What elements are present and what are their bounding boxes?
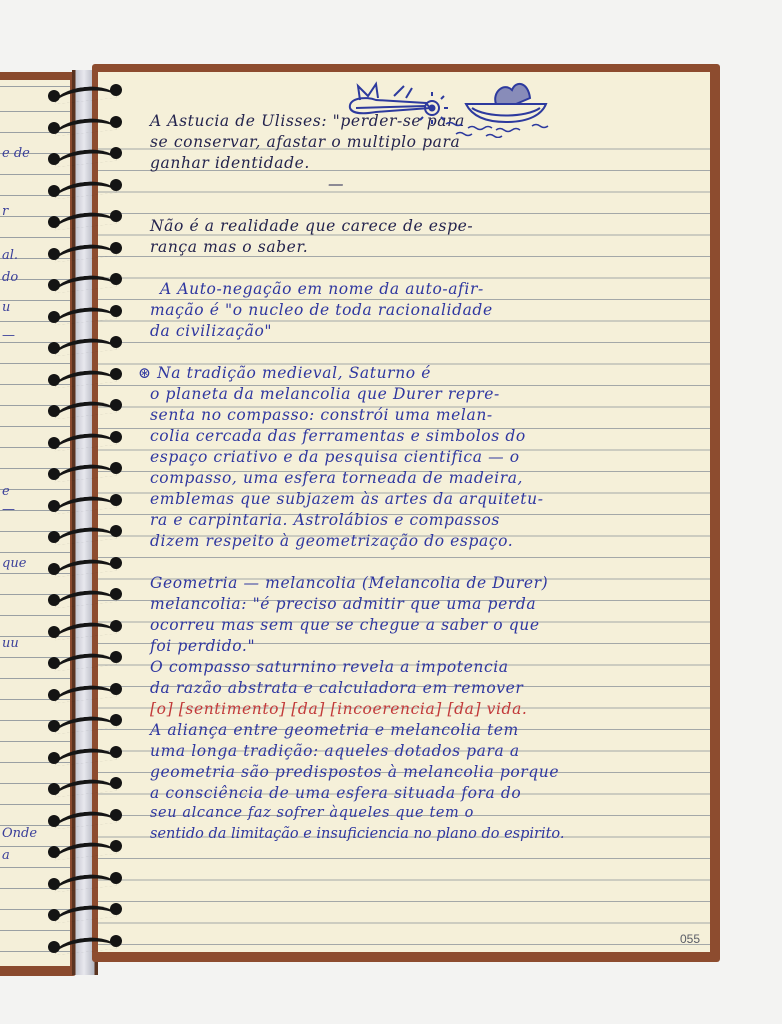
spiral-coil	[48, 116, 122, 134]
handwritten-line: rança mas o saber.	[150, 238, 308, 256]
spiral-coil	[48, 746, 122, 764]
spiral-coil	[48, 903, 122, 921]
left-page-fragment: —	[2, 328, 15, 343]
waves-icon	[446, 123, 548, 138]
spiral-coil	[48, 651, 122, 669]
spiral-coil	[48, 525, 122, 543]
notebook-page: A Astucia de Ulisses: "perder-se parase …	[98, 72, 710, 952]
handwritten-line: Geometria — melancolia (Melancolia de Du…	[150, 574, 548, 592]
spiral-coil	[48, 557, 122, 575]
spiral-coil	[48, 147, 122, 165]
left-page-fragment: u	[2, 300, 10, 315]
spiral-coil	[48, 494, 122, 512]
spiral-coil	[48, 84, 122, 102]
handwritten-line: melancolia: "é preciso admitir que uma p…	[150, 595, 536, 613]
handwritten-line: uma longa tradição: aqueles dotados para…	[150, 742, 520, 760]
handwritten-line: colia cercada das ferramentas e simbolos…	[150, 427, 526, 445]
handwritten-line: da razão abstrata e calculadora em remov…	[150, 679, 523, 697]
handwritten-line: —	[328, 175, 344, 193]
handwritten-line: espaço criativo e da pesquisa cientifica…	[150, 448, 520, 466]
left-page-fragment: r	[2, 204, 8, 219]
left-page-fragment: al.	[2, 248, 18, 263]
handwritten-line: o planeta da melancolia que Durer repre-	[150, 385, 500, 403]
handwritten-line: Não é a realidade que carece de espe-	[150, 217, 473, 235]
spiral-coil	[48, 683, 122, 701]
handwritten-line: da civilização"	[150, 322, 272, 340]
handwritten-line: senta no compasso: constrói uma melan-	[150, 406, 493, 424]
handwritten-line: sentido da limitação e insuficiencia no …	[150, 826, 565, 842]
spiral-coil	[48, 777, 122, 795]
handwritten-line: ra e carpintaria. Astrolábios e compasso…	[150, 511, 500, 529]
spiral-coil	[48, 273, 122, 291]
handwritten-line: ⊛ Na tradição medieval, Saturno é	[138, 364, 431, 382]
spiral-coil	[48, 210, 122, 228]
spiral-coil	[48, 620, 122, 638]
handwritten-line: a consciência de uma esfera situada fora…	[150, 784, 521, 802]
left-page-fragment: —	[2, 502, 15, 517]
handwritten-line: ganhar identidade.	[150, 154, 310, 172]
left-page-fragment: uu	[2, 636, 19, 651]
handwritten-line: A aliança entre geometria e melancolia t…	[150, 721, 519, 739]
comet-icon	[350, 84, 430, 113]
spiral-coil	[48, 588, 122, 606]
page-number: 055	[680, 932, 700, 946]
left-page-fragment: e de	[2, 146, 30, 161]
spiral-coil	[48, 714, 122, 732]
boat-icon	[466, 84, 546, 122]
spiral-coil	[48, 336, 122, 354]
handwritten-line: mação é "o nucleo de toda racionalidade	[150, 301, 493, 319]
spiral-coil	[48, 809, 122, 827]
spiral-coil	[48, 399, 122, 417]
handwritten-line: geometria são predispostos à melancolia …	[150, 763, 559, 781]
spiral-coil	[48, 242, 122, 260]
left-page-fragment: e	[2, 484, 10, 499]
spiral-coil	[48, 431, 122, 449]
handwritten-line: emblemas que subjazem às artes da arquit…	[150, 490, 544, 508]
left-page-fragment: Onde	[2, 826, 37, 841]
handwritten-line: foi perdido."	[150, 637, 255, 655]
doodle-sketch	[346, 78, 556, 138]
left-page-fragment: do	[2, 270, 18, 285]
left-page-fragment: que	[2, 556, 26, 571]
spiral-coil	[48, 179, 122, 197]
spiral-coil	[48, 368, 122, 386]
spiral-coil	[48, 305, 122, 323]
handwritten-line: A Auto-negação em nome da auto-afir-	[160, 280, 484, 298]
spiral-coil	[48, 935, 122, 953]
spiral-coil	[48, 462, 122, 480]
handwritten-line: O compasso saturnino revela a impotencia	[150, 658, 509, 676]
handwritten-line: seu alcance faz sofrer àqueles que tem o	[150, 805, 474, 821]
sun-icon	[420, 92, 448, 124]
handwritten-line: ocorreu mas sem que se chegue a saber o …	[150, 616, 540, 634]
handwritten-line: [o] [sentimento] [da] [incoerencia] [da]…	[150, 700, 527, 718]
handwritten-line: compasso, uma esfera torneada de madeira…	[150, 469, 523, 487]
handwritten-line: dizem respeito à geometrização do espaço…	[150, 532, 513, 550]
left-page-fragment: a	[2, 848, 10, 863]
spiral-coil	[48, 872, 122, 890]
spiral-coil	[48, 840, 122, 858]
